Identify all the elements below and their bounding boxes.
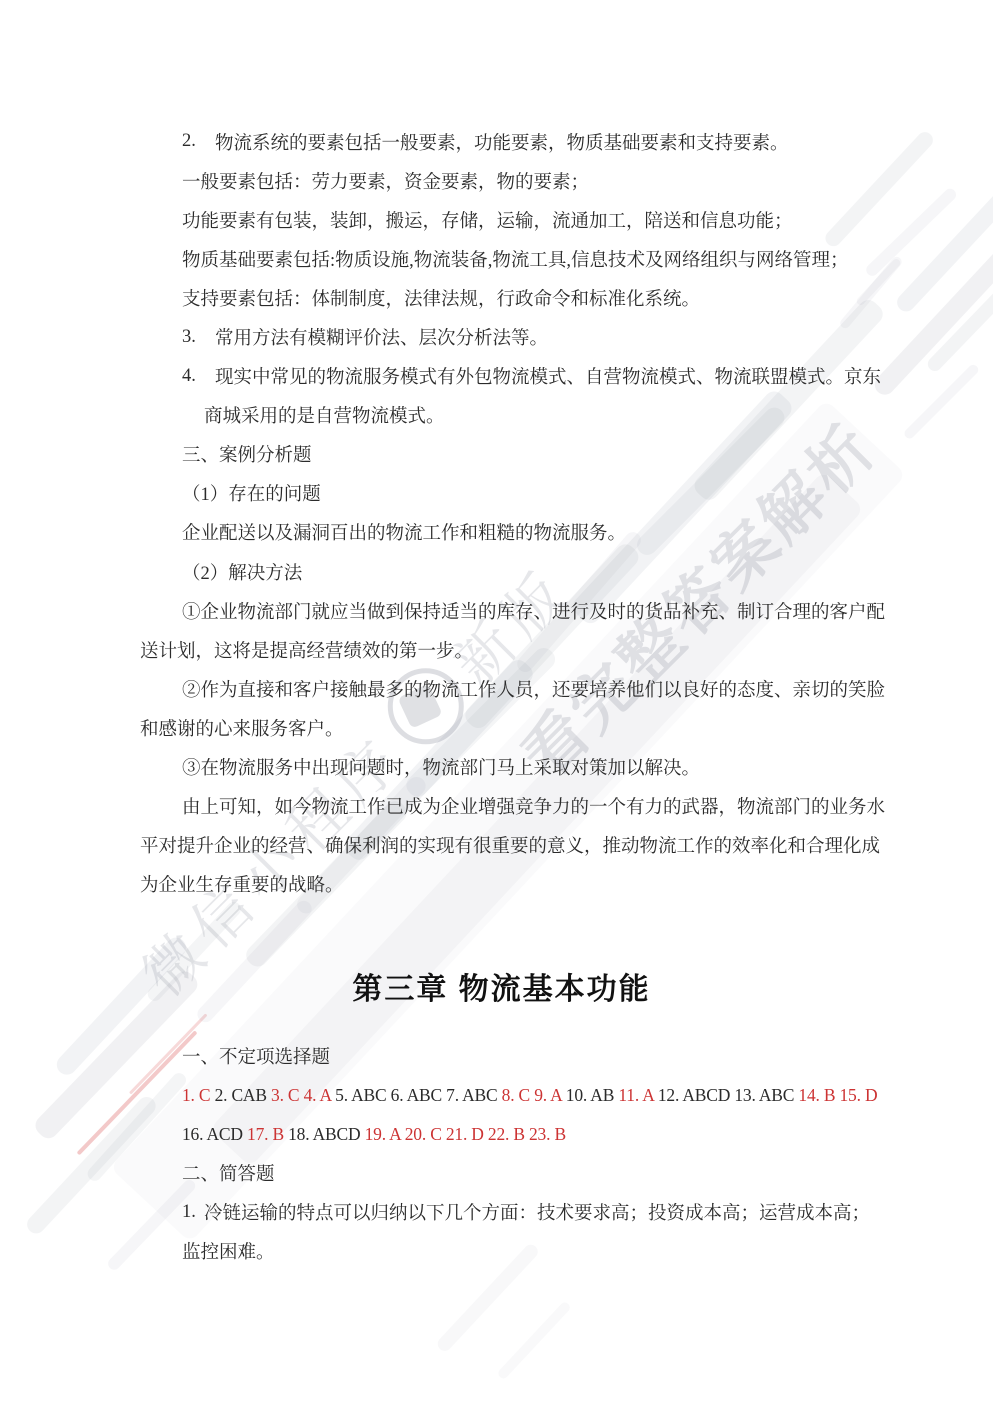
doc-line: 由上可知，如今物流工作已成为企业增强竞争力的一个有力的武器，物流部门的业务水 <box>182 787 863 826</box>
short-answer-q1-cont: 监控困难。 <box>182 1232 863 1271</box>
doc-line-text: 物流系统的要素包括一般要素，功能要素，物质基础要素和支持要素。 <box>215 129 789 155</box>
doc-line-text: （2）解决方法 <box>182 559 302 585</box>
answer-segment: 12. ABCD 13. ABC <box>658 1085 799 1106</box>
document-content: 2.物流系统的要素包括一般要素，功能要素，物质基础要素和支持要素。 一般要素包括… <box>0 0 993 1271</box>
doc-line-text: 物质基础要素包括:物质设施,物流装备,物流工具,信息技术及网络组织与网络管理； <box>182 246 849 272</box>
doc-line: 2.物流系统的要素包括一般要素，功能要素，物质基础要素和支持要素。 <box>182 122 863 161</box>
answer-segment: 1. C <box>182 1085 215 1106</box>
doc-line: （2）解决方法 <box>182 552 863 591</box>
answer-segment: 10. AB <box>566 1085 619 1106</box>
doc-line: ①企业物流部门就应当做到保持适当的库存、进行及时的货品补充、制订合理的客户配 <box>182 591 863 630</box>
doc-line-text: ③在物流服务中出现问题时，物流部门马上采取对策加以解决。 <box>182 754 700 780</box>
doc-line-text: 现实中常见的物流服务模式有外包物流模式、自营物流模式、物流联盟模式。京东 <box>215 363 881 389</box>
doc-line-text: 冷链运输的特点可以归纳以下几个方面：技术要求高；投资成本高；运营成本高； <box>204 1199 870 1225</box>
answer-segment: 18. ABCD <box>288 1124 364 1145</box>
doc-line-text: 功能要素有包装，装卸，搬运，存储，运输，流通加工，陪送和信息功能； <box>182 207 793 233</box>
doc-line: 为企业生存重要的战略。 <box>140 865 863 904</box>
doc-line-text: 为企业生存重要的战略。 <box>140 871 344 897</box>
answer-segment: 5. ABC 6. ABC 7. ABC <box>335 1085 501 1106</box>
doc-line-text: 和感谢的心来服务客户。 <box>140 715 344 741</box>
doc-line-text: ①企业物流部门就应当做到保持适当的库存、进行及时的货品补充、制订合理的客户配 <box>182 598 885 624</box>
doc-line-text: 商城采用的是自营物流模式。 <box>204 402 445 428</box>
doc-line-text: 由上可知，如今物流工作已成为企业增强竞争力的一个有力的武器，物流部门的业务水 <box>182 793 885 819</box>
doc-line-text: 常用方法有模糊评价法、层次分析法等。 <box>215 324 548 350</box>
answer-segment: 14. B 15. D <box>798 1085 877 1106</box>
item-number: 3. <box>182 327 215 348</box>
answer-segment: 11. A <box>618 1085 657 1106</box>
doc-line: 支持要素包括：体制制度，法律法规，行政命令和标准化系统。 <box>182 278 863 317</box>
doc-line-text: ②作为直接和客户接触最多的物流工作人员，还要培养他们以良好的态度、亲切的笑脸 <box>182 676 885 702</box>
doc-line-text: 平对提升企业的经营、确保利润的实现有很重要的意义，推动物流工作的效率化和合理化成 <box>140 832 880 858</box>
doc-line: （1）存在的问题 <box>182 474 863 513</box>
doc-line: 3.常用方法有模糊评价法、层次分析法等。 <box>182 317 863 356</box>
answer-line-2: 16. ACD 17. B 18. ABCD 19. A 20. C 21. D… <box>182 1115 863 1154</box>
doc-line: 功能要素有包装，装卸，搬运，存储，运输，流通加工，陪送和信息功能； <box>182 200 863 239</box>
doc-line-text: 支持要素包括：体制制度，法律法规，行政命令和标准化系统。 <box>182 285 700 311</box>
doc-line: 企业配送以及漏洞百出的物流工作和粗糙的物流服务。 <box>182 513 863 552</box>
answer-line-1: 1. C 2. CAB 3. C 4. A 5. ABC 6. ABC 7. A… <box>182 1075 863 1114</box>
doc-line: 物质基础要素包括:物质设施,物流装备,物流工具,信息技术及网络组织与网络管理； <box>182 239 863 278</box>
doc-line: 4.现实中常见的物流服务模式有外包物流模式、自营物流模式、物流联盟模式。京东 <box>182 357 863 396</box>
section-heading-case: 三、案例分析题 <box>182 435 863 474</box>
doc-line: 商城采用的是自营物流模式。 <box>204 396 863 435</box>
item-number: 1. <box>182 1202 204 1223</box>
doc-line-text: 一般要素包括：劳力要素，资金要素，物的要素； <box>182 168 589 194</box>
doc-line: 送计划，这将是提高经营绩效的第一步。 <box>140 630 863 669</box>
doc-line: ②作为直接和客户接触最多的物流工作人员，还要培养他们以良好的态度、亲切的笑脸 <box>182 669 863 708</box>
doc-line-text: 送计划，这将是提高经营绩效的第一步。 <box>140 637 473 663</box>
doc-line-text: 监控困难。 <box>182 1238 275 1264</box>
doc-line-text: 企业配送以及漏洞百出的物流工作和粗糙的物流服务。 <box>182 519 626 545</box>
section-heading-2: 二、简答题 <box>182 1154 863 1193</box>
chapter-title: 第三章 物流基本功能 <box>140 966 863 1014</box>
answer-segment: 17. B <box>247 1124 288 1145</box>
item-number: 4. <box>182 366 215 387</box>
answer-segment: 8. C 9. A <box>502 1085 566 1106</box>
short-answer-q1: 1.冷链运输的特点可以归纳以下几个方面：技术要求高；投资成本高；运营成本高； <box>182 1193 863 1232</box>
doc-line-text: 三、案例分析题 <box>182 441 312 467</box>
doc-line: 和感谢的心来服务客户。 <box>140 708 863 747</box>
answer-segment: 3. C 4. A <box>271 1085 335 1106</box>
section-heading-1: 一、不定项选择题 <box>182 1036 863 1075</box>
answer-segment: 16. ACD <box>182 1124 247 1145</box>
doc-line: 一般要素包括：劳力要素，资金要素，物的要素； <box>182 161 863 200</box>
brush-stroke <box>496 1300 572 1380</box>
doc-line: ③在物流服务中出现问题时，物流部门马上采取对策加以解决。 <box>182 748 863 787</box>
doc-line-text: （1）存在的问题 <box>182 480 321 506</box>
answer-segment: 2. CAB <box>215 1085 271 1106</box>
item-number: 2. <box>182 131 215 152</box>
answer-segment: 19. A 20. C 21. D 22. B 23. B <box>365 1124 566 1145</box>
doc-line: 平对提升企业的经营、确保利润的实现有很重要的意义，推动物流工作的效率化和合理化成 <box>140 826 863 865</box>
document-page: 微信小程序 新版 看完整答案解析 2.物流系统的要素包括一般要素，功能要素，物质… <box>0 0 993 1404</box>
